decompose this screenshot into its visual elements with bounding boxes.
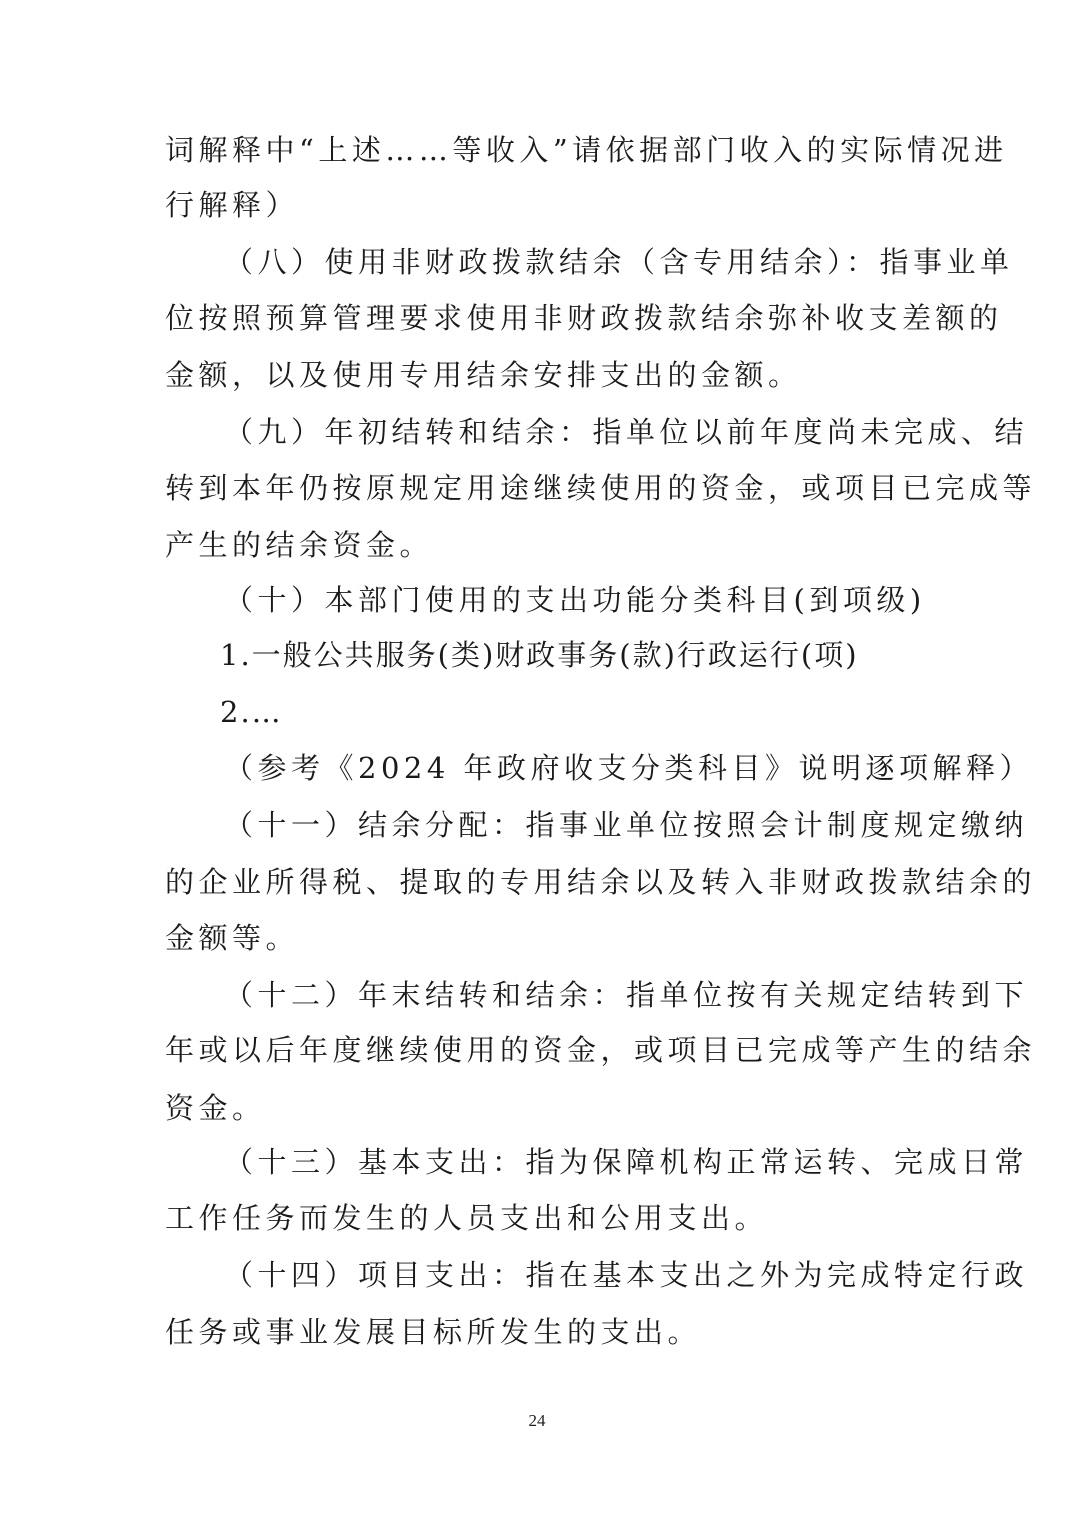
- text-line: 金额等。: [165, 918, 299, 958]
- text-line: 工作任务而发生的人员支出和公用支出。: [165, 1198, 768, 1238]
- text-line: 词解释中“上述……等收入”请依据部门收入的实际情况进: [165, 130, 1008, 170]
- text-line: 行解释）: [165, 185, 299, 225]
- document-page: 词解释中“上述……等收入”请依据部门收入的实际情况进 行解释） （八）使用非财政…: [0, 0, 1074, 1520]
- paragraph-heading-line: （十）本部门使用的支出功能分类科目(到项级): [224, 580, 926, 620]
- paragraph-heading-line: （十一）结余分配：指事业单位按照会计制度规定缴纳: [224, 805, 1028, 845]
- text-line: 产生的结余资金。: [165, 525, 433, 565]
- list-item: 1.一般公共服务(类)财政事务(款)行政运行(项): [220, 635, 859, 675]
- text-line: 任务或事业发展目标所发生的支出。: [165, 1312, 701, 1352]
- text-line: 位按照预算管理要求使用非财政拨款结余弥补收支差额的: [165, 298, 1003, 338]
- page-number: 24: [0, 1411, 1074, 1431]
- text-line: 转到本年仍按原规定用途继续使用的资金，或项目已完成等: [165, 468, 1036, 508]
- reference-note: （参考《2024 年政府收支分类科目》说明逐项解释）: [224, 748, 1033, 788]
- paragraph-heading-line: （十二）年末结转和结余：指单位按有关规定结转到下: [224, 975, 1028, 1015]
- paragraph-heading-line: （十三）基本支出：指为保障机构正常运转、完成日常: [224, 1142, 1028, 1182]
- text-line: 金额，以及使用专用结余安排支出的金额。: [165, 355, 802, 395]
- paragraph-heading-line: （八）使用非财政拨款结余（含专用结余）：指事业单: [224, 242, 1014, 282]
- paragraph-heading-line: （九）年初结转和结余：指单位以前年度尚未完成、结: [224, 412, 1028, 452]
- paragraph-heading-line: （十四）项目支出：指在基本支出之外为完成特定行政: [224, 1255, 1028, 1295]
- text-line: 资金。: [165, 1088, 266, 1128]
- text-line: 年或以后年度继续使用的资金，或项目已完成等产生的结余: [165, 1030, 1036, 1070]
- text-line: 的企业所得税、提取的专用结余以及转入非财政拨款结余的: [165, 862, 1036, 902]
- list-item: 2.…: [220, 692, 283, 732]
